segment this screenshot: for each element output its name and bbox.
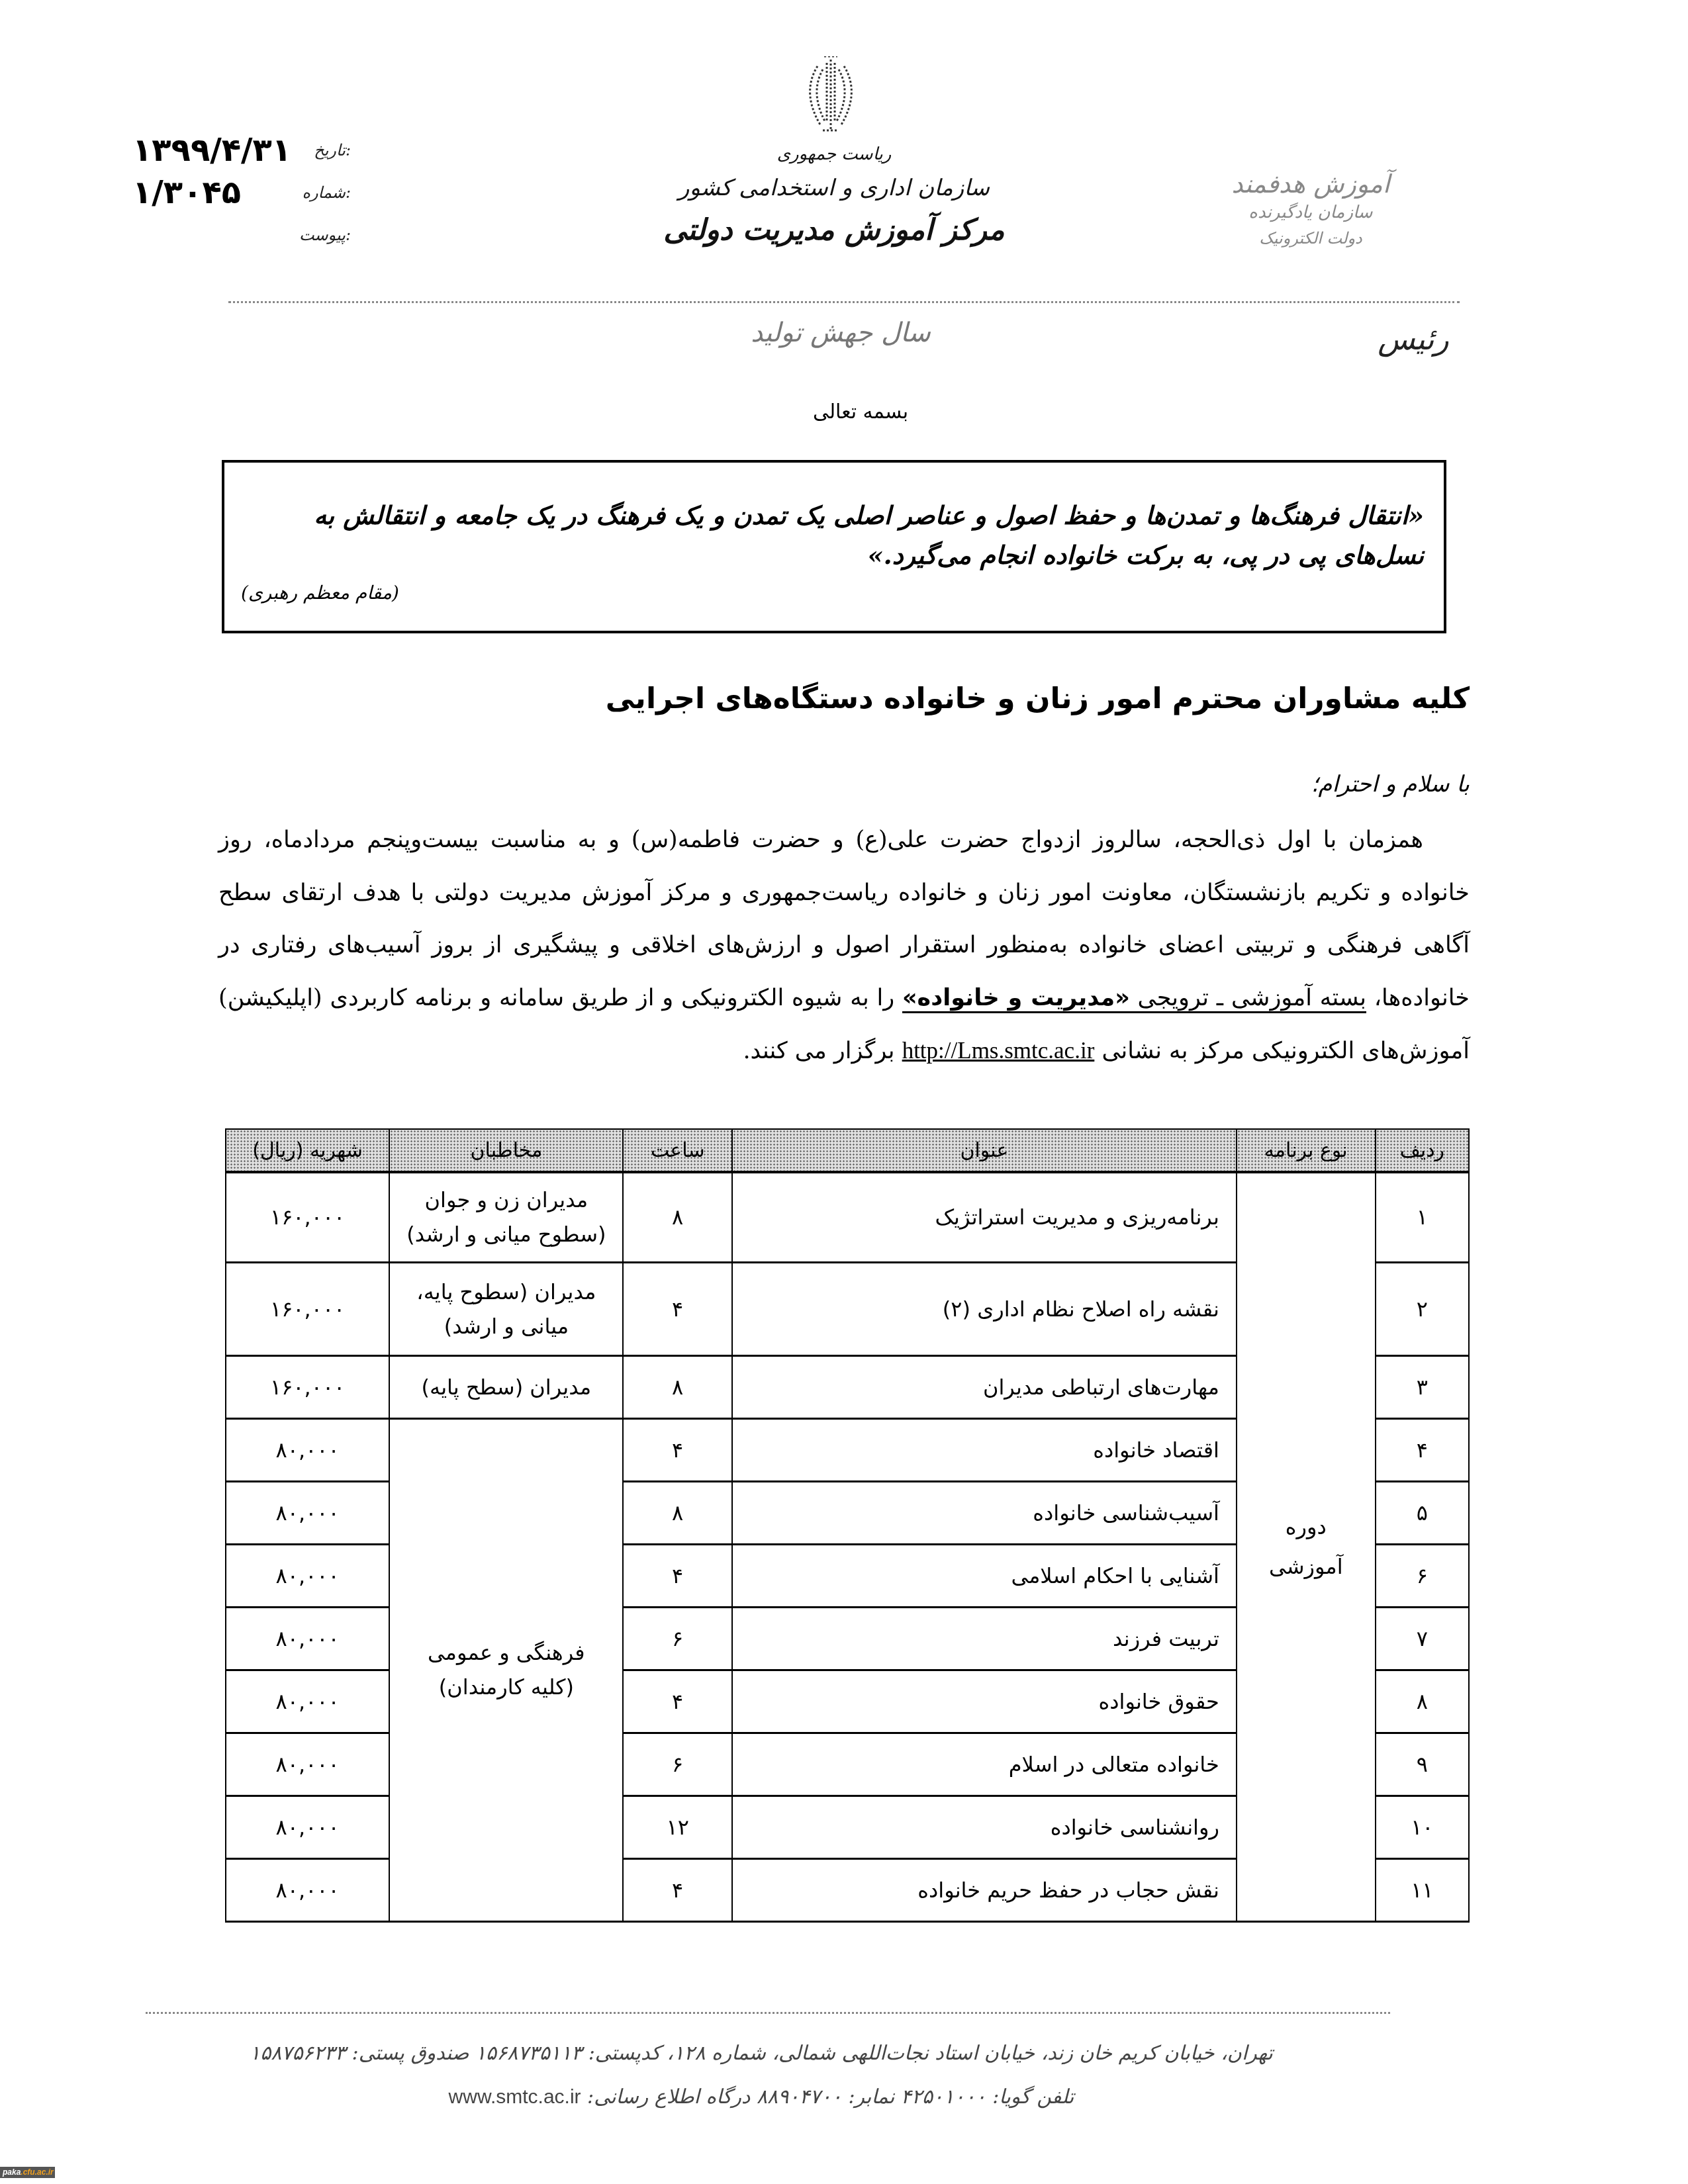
- cell-hours: ۸: [623, 1355, 731, 1418]
- cell-no: ۴: [1376, 1418, 1469, 1481]
- body-part-3: برگزار می کنند.: [743, 1038, 902, 1064]
- cell-audience: فرهنگی و عمومی (کلیه کارمندان): [389, 1418, 623, 1921]
- cell-title: روانشناسی خانواده: [732, 1796, 1237, 1858]
- header-audience: مخاطبان: [389, 1129, 623, 1172]
- cell-hours: ۸: [623, 1172, 731, 1262]
- cell-audience: مدیران (سطوح پایه، میانی و ارشد): [389, 1262, 623, 1355]
- cell-hours: ۴: [623, 1262, 731, 1355]
- footer-contact: تلفن گویا: ۴۲۵۰۱۰۰۰ نمابر: ۸۸۹۰۴۷۰۰ درگا…: [199, 2075, 1324, 2119]
- organization-name: ریاست جمهوری سازمان اداری و استخدامی کشو…: [662, 139, 1006, 254]
- org-line-1: ریاست جمهوری: [662, 139, 1006, 169]
- cell-audience: مدیران (سطح پایه): [389, 1355, 623, 1418]
- cell-no: ۲: [1376, 1262, 1469, 1355]
- footer-website[interactable]: www.smtc.ac.ir: [449, 2086, 581, 2108]
- letter-body: همزمان با اول ذی‌الحجه، سالروز ازدواج حض…: [218, 814, 1470, 1078]
- cell-hours: ۴: [623, 1670, 731, 1733]
- cell-hours: ۱۲: [623, 1796, 731, 1858]
- cell-no: ۷: [1376, 1607, 1469, 1670]
- cell-fee: ۸۰,۰۰۰: [226, 1858, 389, 1921]
- cell-fee: ۱۶۰,۰۰۰: [226, 1355, 389, 1418]
- number-row: ۱/۳۰۴۵ شماره:: [132, 171, 351, 214]
- cell-no: ۱۱: [1376, 1858, 1469, 1921]
- quote-box: «انتقال فرهنگ‌ها و تمدن‌ها و حفظ اصول و …: [222, 460, 1446, 633]
- cell-title: برنامه‌ریزی و مدیریت استراتژیک: [732, 1172, 1237, 1262]
- courses-table: ردیف نوع برنامه عنوان ساعت مخاطبان شهریه…: [225, 1128, 1470, 1923]
- cell-no: ۹: [1376, 1733, 1469, 1796]
- bismillah: بسمه تعالی: [728, 400, 993, 424]
- date-row: ۱۳۹۹/۴/۳۱ تاریخ:: [132, 129, 351, 171]
- stamp-line-1: آموزش هدفمند: [1211, 169, 1410, 199]
- watermark-part-1: paka: [3, 2167, 21, 2177]
- cell-hours: ۴: [623, 1418, 731, 1481]
- cell-title: نقشه راه اصلاح نظام اداری (۲): [732, 1262, 1237, 1355]
- number-value: ۱/۳۰۴۵: [132, 174, 241, 211]
- source-watermark: paka.cfu.ac.ir: [0, 2167, 55, 2178]
- cell-title: آشنایی با احکام اسلامی: [732, 1544, 1237, 1607]
- addressee-title: رئیس: [1364, 321, 1463, 357]
- body-underlined: بسته آموزشی ـ ترویجی «مدیریت و خانواده»: [902, 985, 1366, 1013]
- cell-title: تربیت فرزند: [732, 1607, 1237, 1670]
- recipient-heading: کلیه مشاوران محترم امور زنان و خانواده د…: [606, 682, 1470, 715]
- iran-emblem-icon: [798, 56, 864, 136]
- cell-fee: ۸۰,۰۰۰: [226, 1607, 389, 1670]
- cell-no: ۸: [1376, 1670, 1469, 1733]
- cell-no: ۶: [1376, 1544, 1469, 1607]
- org-line-2: سازمان اداری و استخدامی کشور: [662, 169, 1006, 206]
- letter-meta: ۱۳۹۹/۴/۳۱ تاریخ: ۱/۳۰۴۵ شماره: پیوست:: [132, 129, 351, 256]
- cell-fee: ۸۰,۰۰۰: [226, 1733, 389, 1796]
- org-line-3: مرکز آموزش مدیریت دولتی: [662, 206, 1006, 254]
- cell-program-type: دوره آموزشی: [1237, 1172, 1376, 1921]
- cell-hours: ۶: [623, 1733, 731, 1796]
- quote-text: «انتقال فرهنگ‌ها و تمدن‌ها و حفظ اصول و …: [239, 496, 1424, 575]
- stamp-line-3: دولت الکترونیک: [1211, 226, 1410, 251]
- cell-fee: ۱۶۰,۰۰۰: [226, 1262, 389, 1355]
- course-package-name: «مدیریت و خانواده»: [902, 985, 1130, 1011]
- cell-fee: ۸۰,۰۰۰: [226, 1796, 389, 1858]
- header-fee: شهریه (ریال): [226, 1129, 389, 1172]
- header-hours: ساعت: [623, 1129, 731, 1172]
- cell-fee: ۱۶۰,۰۰۰: [226, 1172, 389, 1262]
- footer-address: تهران، خیابان کریم خان زند، خیابان استاد…: [199, 2032, 1324, 2075]
- cell-fee: ۸۰,۰۰۰: [226, 1418, 389, 1481]
- cell-fee: ۸۰,۰۰۰: [226, 1670, 389, 1733]
- cell-fee: ۸۰,۰۰۰: [226, 1481, 389, 1544]
- quote-source: (مقام معظم رهبری): [241, 582, 399, 604]
- cell-no: ۱۰: [1376, 1796, 1469, 1858]
- slogan-stamp: آموزش هدفمند سازمان یادگیرنده دولت الکتر…: [1211, 169, 1410, 251]
- cell-title: نقش حجاب در حفظ حریم خانواده: [732, 1858, 1237, 1921]
- cell-hours: ۸: [623, 1481, 731, 1544]
- cell-title: آسیب‌شناسی خانواده: [732, 1481, 1237, 1544]
- stamp-line-2: سازمان یادگیرنده: [1211, 199, 1410, 226]
- year-motto: سال جهش تولید: [735, 318, 947, 348]
- attachment-row: پیوست:: [132, 214, 351, 256]
- greeting: با سلام و احترام؛: [1311, 771, 1470, 797]
- attachment-label: پیوست:: [299, 226, 351, 244]
- cell-title: حقوق خانواده: [732, 1670, 1237, 1733]
- cell-title: اقتصاد خانواده: [732, 1418, 1237, 1481]
- header-title: عنوان: [732, 1129, 1237, 1172]
- footer-divider: [146, 2012, 1390, 2014]
- cell-hours: ۴: [623, 1544, 731, 1607]
- table-row: ۱ دوره آموزشی برنامه‌ریزی و مدیریت استرا…: [226, 1172, 1469, 1262]
- cell-fee: ۸۰,۰۰۰: [226, 1544, 389, 1607]
- header-program-type: نوع برنامه: [1237, 1129, 1376, 1172]
- date-value: ۱۳۹۹/۴/۳۱: [132, 132, 291, 169]
- cell-audience: مدیران زن و جوان (سطوح میانی و ارشد): [389, 1172, 623, 1262]
- cell-no: ۵: [1376, 1481, 1469, 1544]
- footer-phone: تلفن گویا: ۴۲۵۰۱۰۰۰ نمابر: ۸۸۹۰۴۷۰۰ درگا…: [587, 2085, 1074, 2109]
- header-row-no: ردیف: [1376, 1129, 1469, 1172]
- cell-hours: ۶: [623, 1607, 731, 1670]
- letterhead-footer: تهران، خیابان کریم خان زند، خیابان استاد…: [199, 2032, 1324, 2119]
- body-part-1: همزمان با اول ذی‌الحجه، سالروز ازدواج حض…: [218, 827, 1470, 1011]
- lms-link[interactable]: http://Lms.smtc.ac.ir: [902, 1038, 1095, 1064]
- cell-title: مهارت‌های ارتباطی مدیران: [732, 1355, 1237, 1418]
- number-label: شماره:: [302, 183, 351, 202]
- header-divider: [228, 301, 1460, 303]
- table-header-row: ردیف نوع برنامه عنوان ساعت مخاطبان شهریه…: [226, 1129, 1469, 1172]
- date-label: تاریخ:: [314, 141, 351, 159]
- cell-no: ۱: [1376, 1172, 1469, 1262]
- cell-no: ۳: [1376, 1355, 1469, 1418]
- watermark-part-2: .cfu.ac.ir: [21, 2167, 53, 2177]
- cell-hours: ۴: [623, 1858, 731, 1921]
- cell-title: خانواده متعالی در اسلام: [732, 1733, 1237, 1796]
